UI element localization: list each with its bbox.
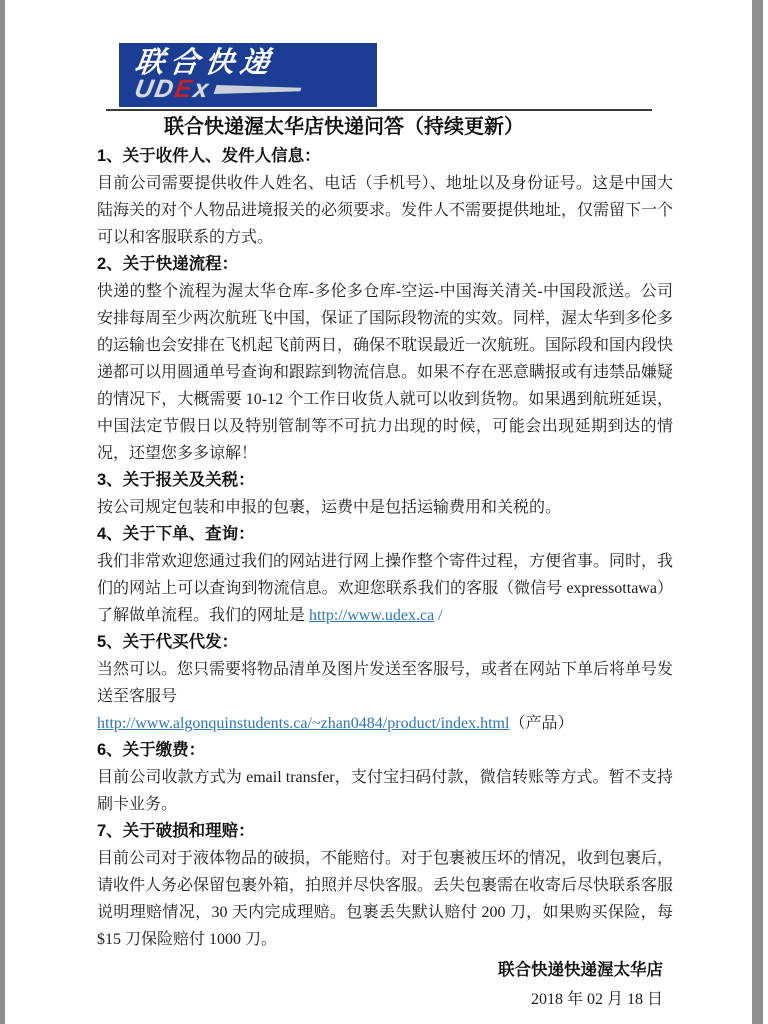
document-page: 联合快递 UDEx 联合快递渥太华店快递问答（持续更新） 1、关于收件人、发件人… <box>0 0 768 1024</box>
section-body: 快递的整个流程为渥太华仓库-多伦多仓库-空运-中国海关清关-中国段派送。公司安排… <box>97 278 673 467</box>
faq-content: 1、关于收件人、发件人信息： 目前公司需要提供收件人姓名、电话（手机号）、地址以… <box>97 143 673 1014</box>
section-heading: 2、关于快递流程： <box>97 251 673 278</box>
section-body: 目前公司对于液体物品的破损，不能赔付。对于包裹被压坏的情况，收到包裹后，请收件人… <box>97 845 673 953</box>
faq-section-2: 2、关于快递流程： 快递的整个流程为渥太华仓库-多伦多仓库-空运-中国海关清关-… <box>97 251 673 467</box>
logo-letter-x: x <box>192 77 212 102</box>
section-body: 目前公司需要提供收件人姓名、电话（手机号）、地址以及身份证号。这是中国大陆海关的… <box>97 170 673 251</box>
page-edge-right <box>752 0 763 1024</box>
section-heading: 6、关于缴费： <box>97 737 673 764</box>
logo-latin-text: UDEx <box>135 77 377 103</box>
faq-section-1: 1、关于收件人、发件人信息： 目前公司需要提供收件人姓名、电话（手机号）、地址以… <box>97 143 673 251</box>
page-edge-left <box>0 0 5 1024</box>
section-heading: 7、关于破损和理赔： <box>97 818 673 845</box>
logo-swoosh-icon <box>213 85 302 94</box>
faq-section-6: 6、关于缴费： 目前公司收款方式为 email transfer，支付宝扫码付款… <box>97 737 673 818</box>
udex-website-link[interactable]: http://www.udex.ca <box>309 607 434 624</box>
faq-section-5: 5、关于代买代发： 当然可以。您只需要将物品清单及图片发送至客服号，或者在网站下… <box>97 629 673 737</box>
logo-chinese-text: 联合快递 <box>133 48 377 78</box>
section-body: 目前公司收款方式为 email transfer，支付宝扫码付款，微信转账等方式… <box>97 764 673 818</box>
section-body: 我们非常欢迎您通过我们的网站进行网上操作整个寄件过程，方便省事。同时，我们的网站… <box>97 548 673 629</box>
document-date: 2018 年 02 月 18 日 <box>97 985 673 1014</box>
product-list-link[interactable]: http://www.algonquinstudents.ca/~zhan048… <box>97 715 509 732</box>
udex-logo: 联合快递 UDEx <box>119 43 377 107</box>
section-body-text: （产品） <box>509 715 573 732</box>
section-heading: 1、关于收件人、发件人信息： <box>97 143 673 170</box>
section-body: 当然可以。您只需要将物品清单及图片发送至客服号，或者在网站下单后将单号发送至客服… <box>97 656 673 710</box>
section-body-text: / <box>434 607 442 624</box>
section-heading: 3、关于报关及关税： <box>97 467 673 494</box>
section-body: http://www.algonquinstudents.ca/~zhan048… <box>97 710 673 737</box>
header-divider <box>106 109 652 111</box>
section-body: 按公司规定包装和申报的包裹，运费中是包括运输费用和关税的。 <box>97 494 673 521</box>
page-title: 联合快递渥太华店快递问答（持续更新） <box>97 113 591 141</box>
faq-section-7: 7、关于破损和理赔： 目前公司对于液体物品的破损，不能赔付。对于包裹被压坏的情况… <box>97 818 673 953</box>
section-heading: 4、关于下单、查询： <box>97 521 673 548</box>
faq-section-4: 4、关于下单、查询： 我们非常欢迎您通过我们的网站进行网上操作整个寄件过程，方便… <box>97 521 673 629</box>
faq-section-3: 3、关于报关及关税： 按公司规定包装和申报的包裹，运费中是包括运输费用和关税的。 <box>97 467 673 521</box>
signature: 联合快递快递渥太华店 <box>97 956 673 985</box>
section-heading: 5、关于代买代发： <box>97 629 673 656</box>
